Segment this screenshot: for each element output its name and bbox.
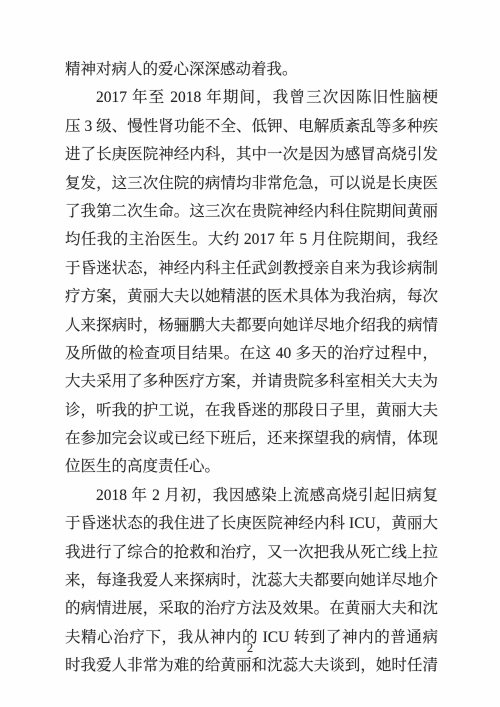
text-line: 我进行了综合的抢救和治疗，又一次把我从死亡线上拉了回 bbox=[65, 539, 438, 567]
text-line: 来，每逢我爱人来探病时，沈蕊大夫都要向她详尽地介绍我 bbox=[65, 567, 438, 595]
page-number: 2 bbox=[0, 641, 500, 656]
text-line: 疗方案，黄丽大夫以她精湛的医术具体为我治病，每次我爱 bbox=[65, 283, 438, 311]
text-line: 及所做的检查项目结果。在这 40 多天的治疗过程中，黄丽 bbox=[65, 340, 438, 368]
text-line: 复发，这三次住院的病情均非常危急，可以说是长庚医院给 bbox=[65, 170, 438, 198]
text-line: 进了长庚医院神经内科，其中一次是因为感冒高烧引发旧病 bbox=[65, 141, 438, 169]
text-line: 2017 年至 2018 年期间，我曾三次因陈旧性脑梗死、高血 bbox=[65, 84, 438, 112]
document-body: 精神对病人的爱心深深感动着我。2017 年至 2018 年期间，我曾三次因陈旧性… bbox=[65, 56, 438, 681]
text-line: 人来探病时，杨骊鹏大夫都要向她详尽地介绍我的病情进展 bbox=[65, 312, 438, 340]
text-line: 于昏迷状态的我住进了长庚医院神经内科 ICU，黄丽大夫为 bbox=[65, 510, 438, 538]
text-line: 大夫采用了多种医疗方案，并请贵院多科室相关大夫为我会 bbox=[65, 368, 438, 396]
text-line: 的病情进展，采取的治疗方法及效果。在黄丽大夫和沈蕊大 bbox=[65, 595, 438, 623]
text-line: 2018 年 2 月初，我因感染上流感高烧引起旧病复发，处 bbox=[65, 482, 438, 510]
text-line: 压 3 级、慢性肾功能不全、低钾、电解质紊乱等多种疾病住 bbox=[65, 113, 438, 141]
text-line: 诊，听我的护工说，在我昏迷的那段日子里，黄丽大夫常常 bbox=[65, 397, 438, 425]
text-line: 了我第二次生命。这三次在贵院神经内科住院期间黄丽大夫 bbox=[65, 198, 438, 226]
text-line: 在参加完会议或已经下班后，还来探望我的病情，体现了一 bbox=[65, 425, 438, 453]
text-line: 位医生的高度责任心。 bbox=[65, 453, 438, 481]
scanned-document-page: 精神对病人的爱心深深感动着我。2017 年至 2018 年期间，我曾三次因陈旧性… bbox=[0, 0, 500, 707]
text-line: 时我爱人非常为难的给黄丽和沈蕊大夫谈到，她时任清华大 bbox=[65, 652, 438, 680]
text-line: 均任我的主治医生。大约 2017 年 5 月住院期间，我经常处 bbox=[65, 226, 438, 254]
text-line: 于昏迷状态，神经内科主任武剑教授亲自来为我诊病制定医 bbox=[65, 255, 438, 283]
text-line: 精神对病人的爱心深深感动着我。 bbox=[65, 56, 438, 84]
